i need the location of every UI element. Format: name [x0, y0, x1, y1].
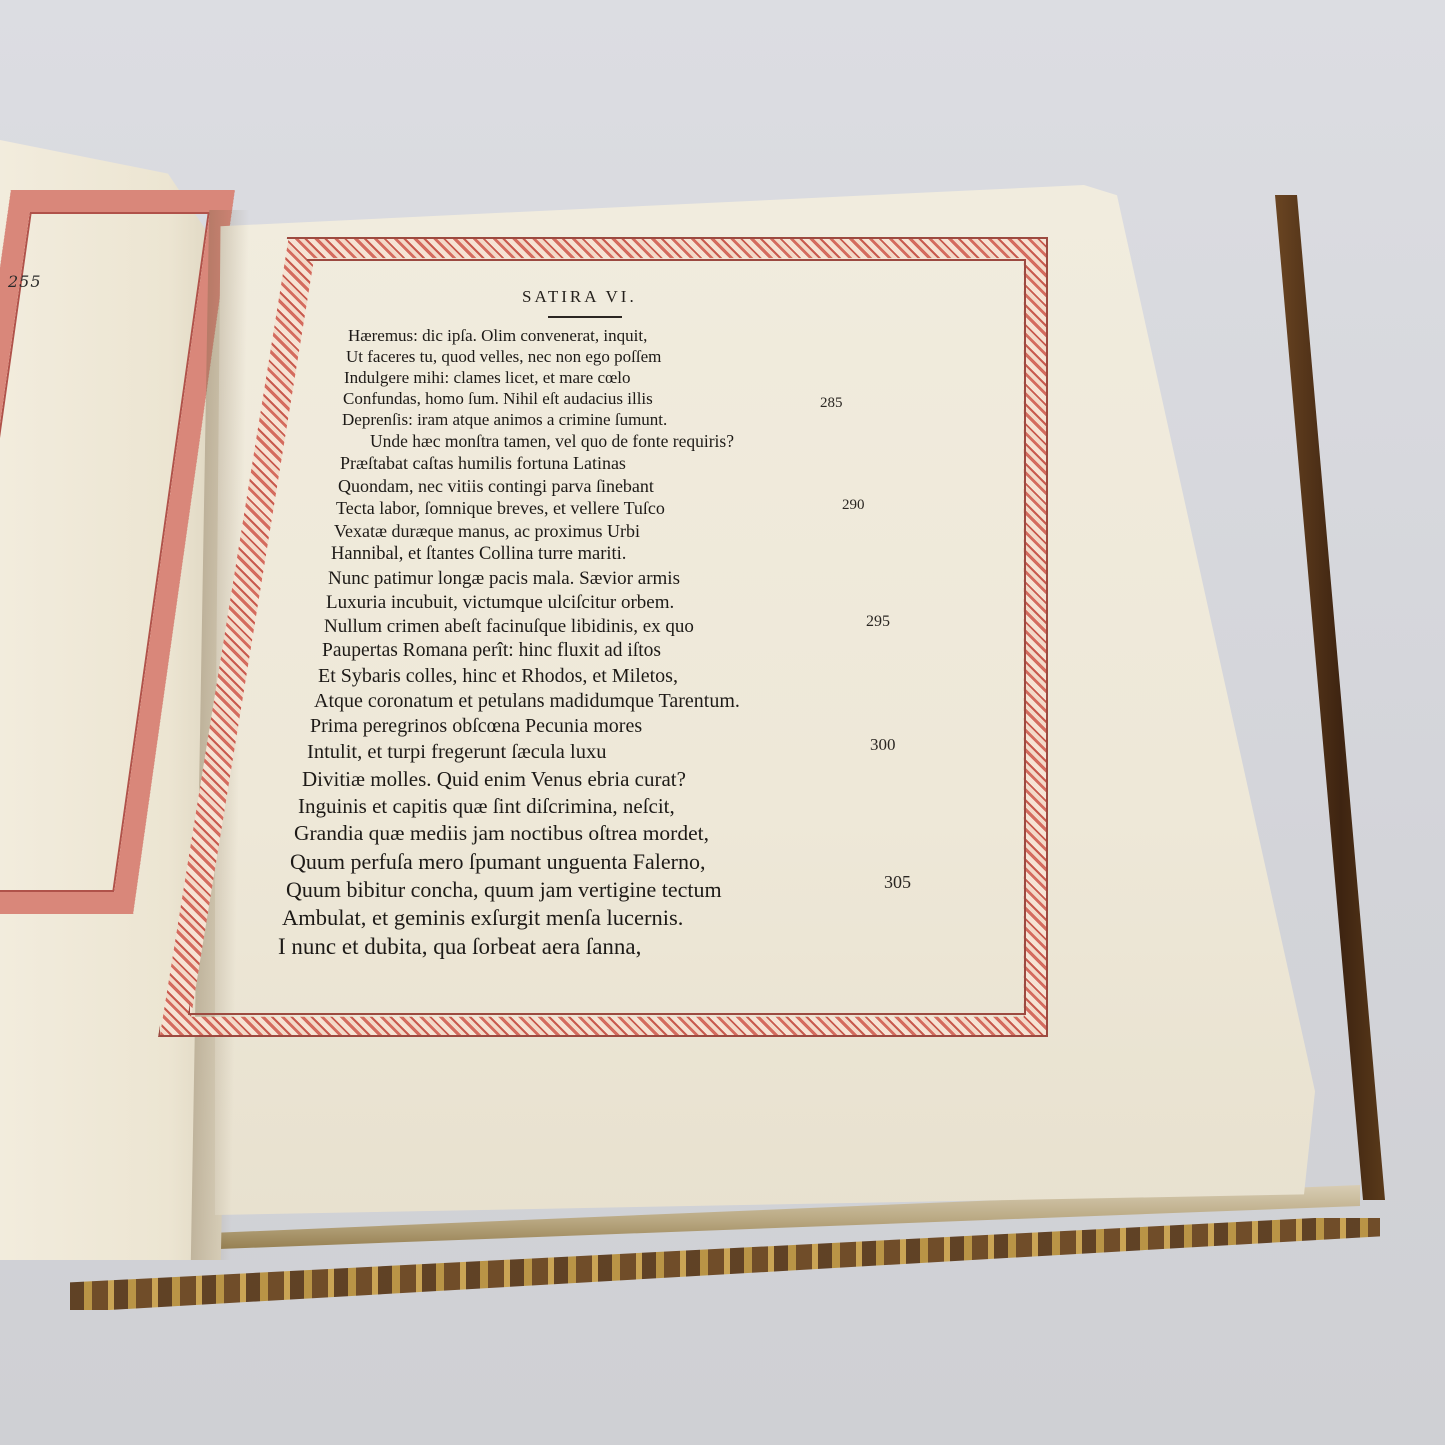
page-heading: SATIRA VI.	[522, 287, 637, 307]
verse-line: Divitiæ molles. Quid enim Venus ebria cu…	[302, 767, 686, 792]
verse-line: Quum bibitur concha, quum jam vertigine …	[286, 877, 722, 903]
verse-line: Ut faceres tu, quod velles, nec non ego …	[346, 347, 661, 367]
line-number: 290	[842, 497, 865, 514]
verse-line: Et Sybaris colles, hinc et Rhodos, et Mi…	[318, 665, 678, 688]
verse-line: Quum perfuſa mero ſpumant unguenta Faler…	[290, 849, 705, 875]
verse-line: Vexatæ duræque manus, ac proximus Urbi	[334, 521, 640, 542]
verse-line: Unde hæc monſtra tamen, vel quo de fonte…	[370, 431, 734, 452]
verse-line: Prima peregrinos obſcœna Pecunia mores	[310, 715, 642, 738]
verse-line: Paupertas Romana perît: hinc fluxit ad i…	[322, 640, 661, 662]
verse-line: Atque coronatum et petulans madidumque T…	[314, 690, 740, 713]
verse-line: I nunc et dubita, qua ſorbeat aera ſanna…	[278, 934, 641, 960]
verse-line: Deprenſis: iram atque animos a crimine ſ…	[342, 410, 667, 430]
line-number: 285	[820, 395, 843, 412]
verse-line: Tecta labor, ſomnique breves, et vellere…	[336, 498, 665, 519]
verse-line: Ambulat, et geminis exſurgit menſa lucer…	[282, 905, 683, 931]
verse-line: Hæremus: dic ipſa. Olim convenerat, inqu…	[348, 326, 647, 346]
line-number: 295	[866, 613, 890, 631]
verse-line: Grandia quæ mediis jam noctibus oſtrea m…	[294, 821, 709, 846]
verse-line: Confundas, homo ſum. Nihil eſt audacius …	[343, 389, 653, 409]
verse-line: Luxuria incubuit, victumque ulciſcitur o…	[326, 592, 674, 614]
book-photo: 255 SATIRA VI. Hæremus: dic ipſa. Olim c…	[0, 0, 1445, 1445]
verse-line: Inguinis et capitis quæ ſint diſcrimina,…	[298, 794, 675, 819]
line-number: 300	[870, 735, 896, 755]
verse-line: Quondam, nec vitiis contingi parva ſineb…	[338, 476, 654, 497]
verse-line: Indulgere mihi: clames licet, et mare cœ…	[344, 368, 631, 388]
verse-line: Intulit, et turpi fregerunt ſæcula luxu	[307, 741, 606, 764]
verse-line: Hannibal, et ſtantes Collina turre marit…	[331, 544, 626, 565]
line-number: 305	[884, 872, 911, 893]
verse-line: Præſtabat caſtas humilis fortuna Latinas	[340, 453, 626, 474]
heading-rule	[548, 316, 622, 318]
verse-line: Nullum crimen abeſt facinuſque libidinis…	[324, 616, 694, 638]
left-page-line-number: 255	[8, 272, 42, 291]
verse-line: Nunc patimur longæ pacis mala. Sævior ar…	[328, 568, 680, 590]
